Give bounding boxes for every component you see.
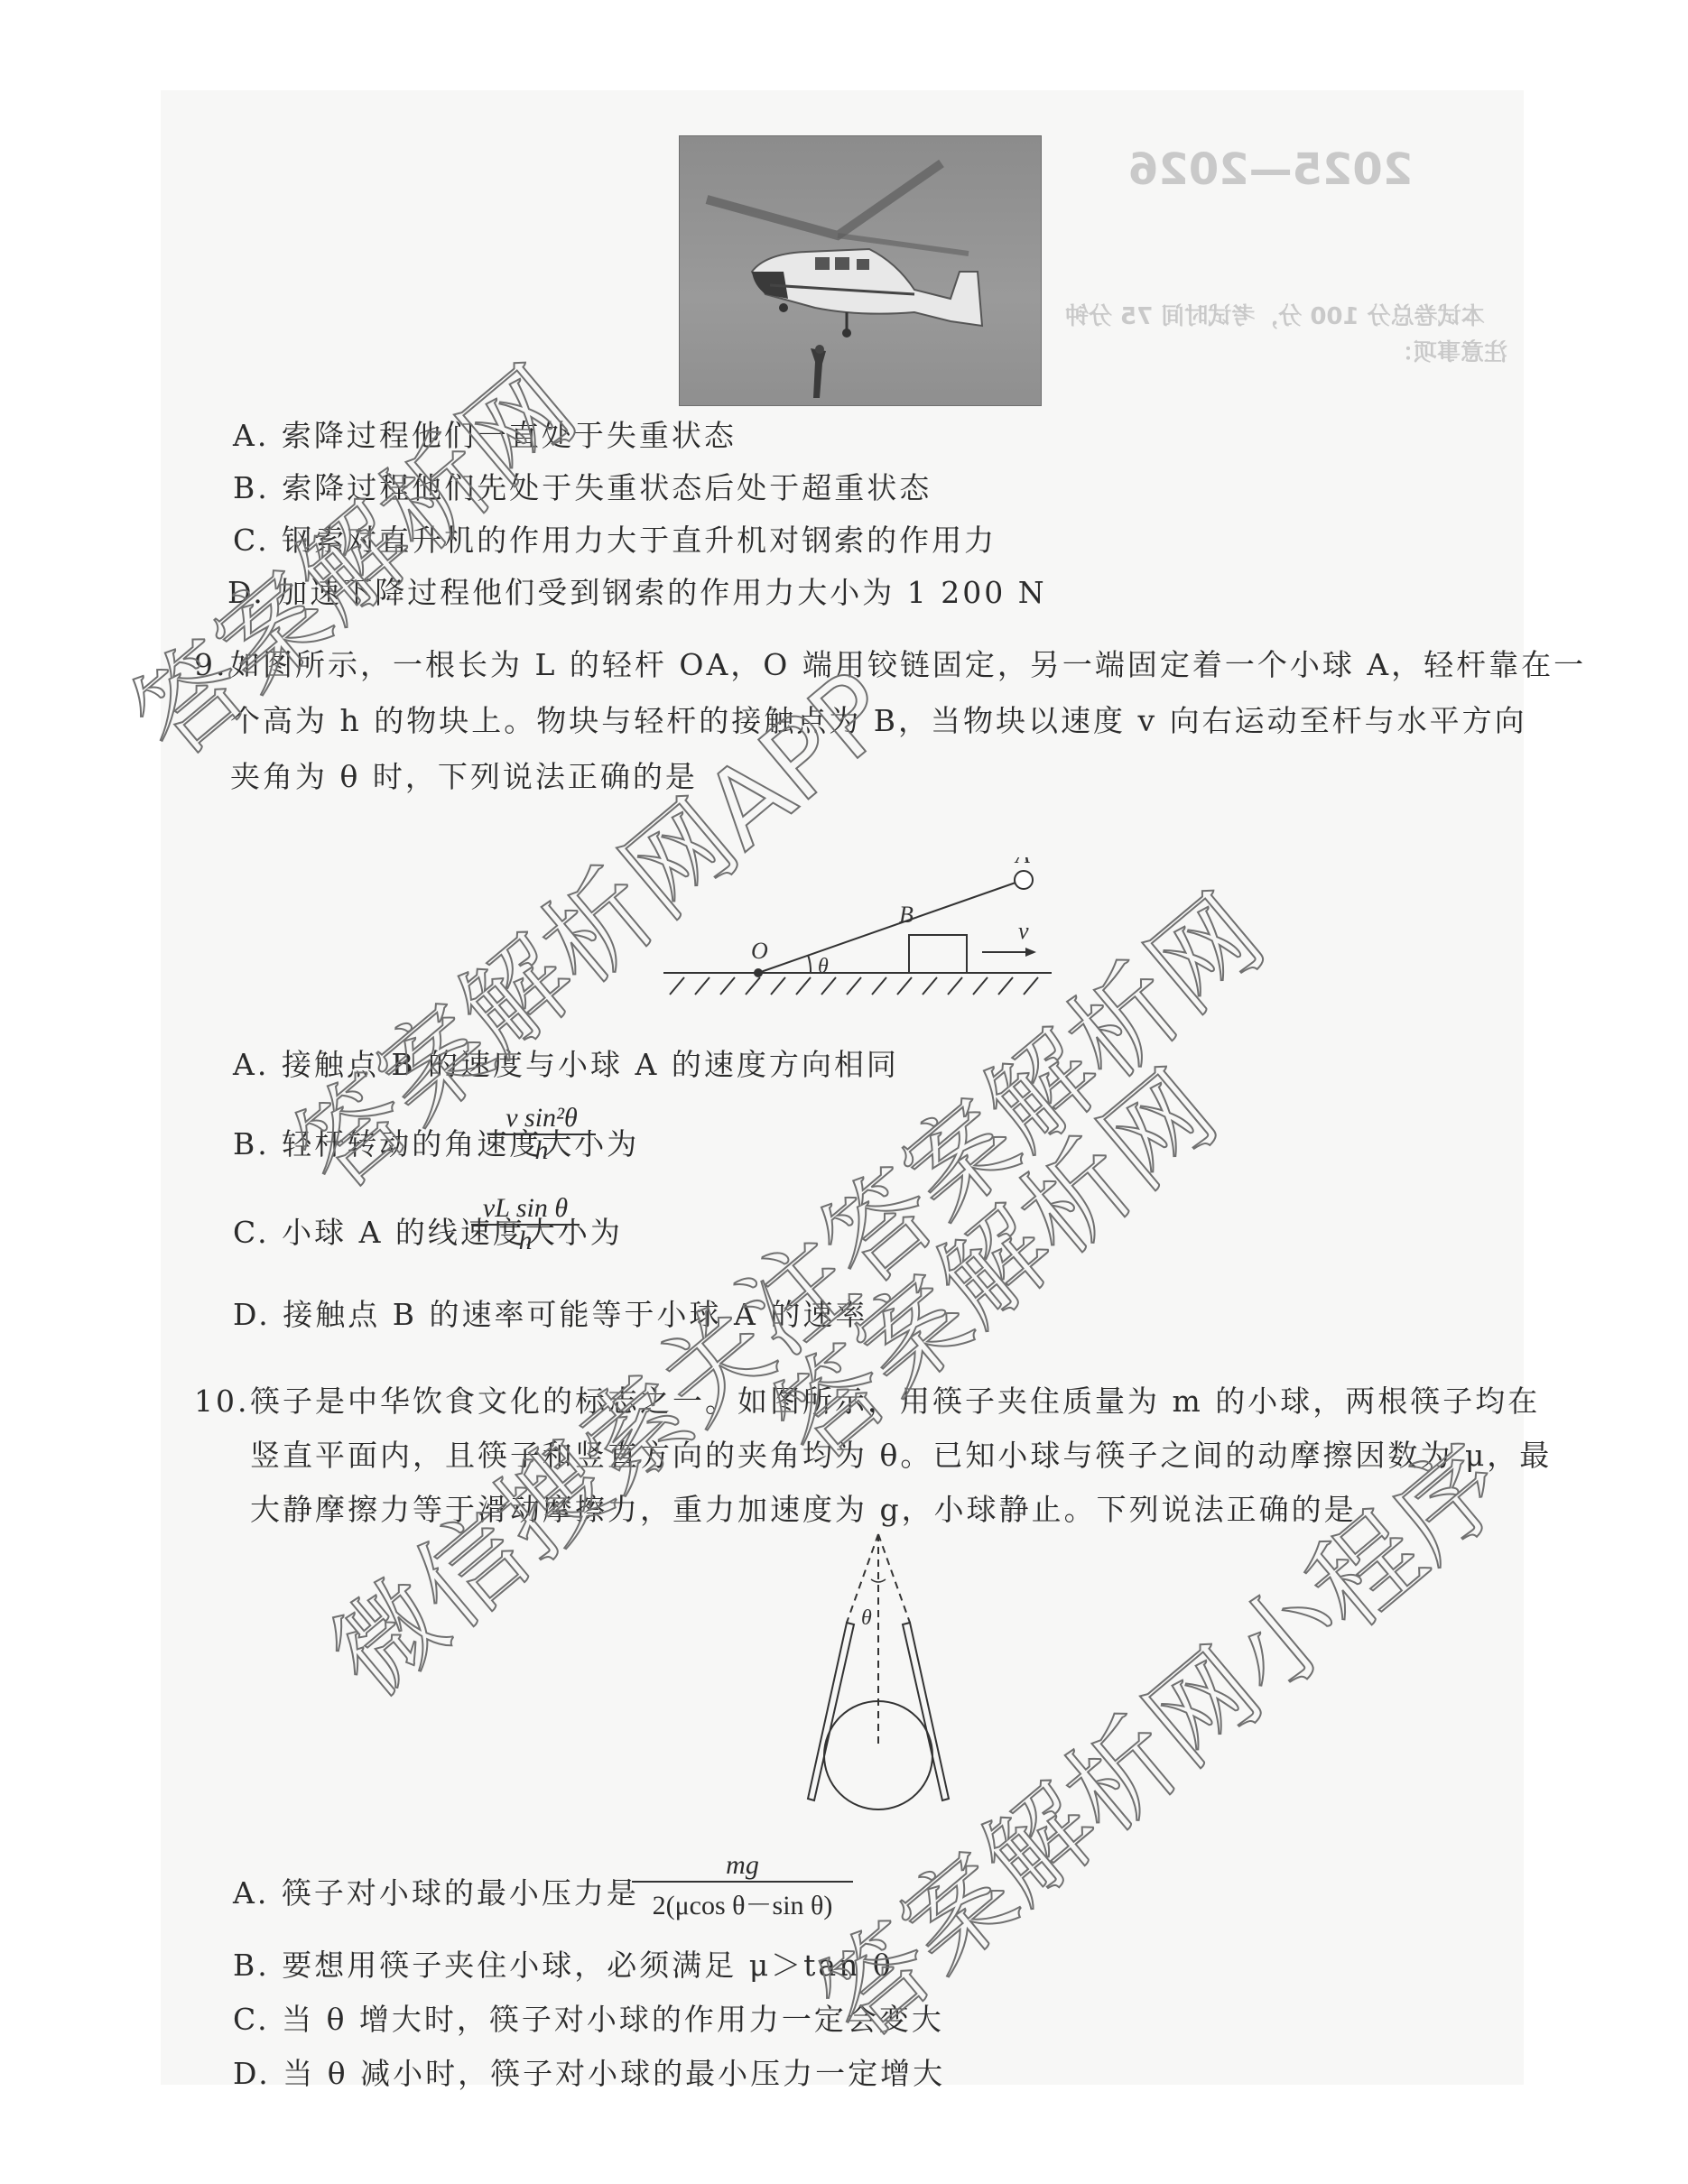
q10-stem-line-1: 筷子是中华饮食文化的标志之一。如图所示，用筷子夹住质量为 m 的小球，两根筷子均… [250, 1384, 1540, 1420]
q9-stem-line-3: 夹角为 θ 时，下列说法正确的是 [230, 759, 698, 795]
q8-option-a: A. 索降过程他们一直处于失重状态 [233, 418, 737, 454]
bleed-through-line1: 本试卷总分 100 分，考试时间 75 分钟 [1065, 298, 1485, 331]
rod-block-diagram: O θ B A v [650, 857, 1065, 1020]
q10-stem-line-3: 大静摩擦力等于滑动摩擦力，重力加速度为 g，小球静止。下列说法正确的是 [250, 1492, 1357, 1528]
q10-option-d: D. 当 θ 减小时，筷子对小球的最小压力一定增大 [233, 2056, 945, 2092]
q10-option-a: A. 筷子对小球的最小压力是 [233, 1875, 639, 1911]
q10-stem-line-2: 竖直平面内，且筷子和竖直方向的夹角均为 θ。已知小球与筷子之间的动摩擦因数为 μ… [250, 1438, 1552, 1474]
svg-text:B: B [899, 902, 914, 928]
svg-text:O: O [751, 938, 768, 964]
svg-text:v: v [1018, 918, 1029, 944]
q8-option-b: B. 索降过程他们先处于失重状态后处于超重状态 [233, 470, 932, 506]
q9-stem-line-1: 如图所示，一根长为 L 的轻杆 OA，O 端用铰链固定，另一端固定着一个小球 A… [230, 647, 1586, 683]
svg-text:θ: θ [861, 1606, 872, 1630]
svg-text:A: A [1014, 857, 1030, 868]
q9-option-c-fraction: vL sin θ h [471, 1193, 580, 1256]
q8-option-c: C. 钢索对直升机的作用力大于直升机对钢索的作用力 [233, 523, 997, 559]
q8-option-d: D. 加速下降过程他们受到钢索的作用力大小为 1 200 N [227, 575, 1047, 611]
q10-option-b: B. 要想用筷子夹住小球，必须满足 μ＞tan θ [233, 1948, 894, 1984]
hinge-o [754, 968, 763, 977]
svg-text:θ: θ [818, 955, 829, 978]
q10-number: 10. [194, 1384, 249, 1420]
block [909, 935, 967, 973]
bleed-through-title: 2025—2026 [1128, 144, 1413, 195]
chopsticks-ball-diagram: θ [785, 1525, 984, 1823]
bleed-through-line2: 注意事项： [1390, 334, 1507, 367]
helicopter-rescue-photo [679, 135, 1042, 406]
q10-option-c: C. 当 θ 增大时，筷子对小球的作用力一定会变大 [233, 2002, 944, 2038]
helicopter-icon [680, 136, 1041, 405]
q9-option-a: A. 接触点 B 的速度与小球 A 的速度方向相同 [233, 1047, 899, 1083]
q9-option-b-fraction: v sin²θ h [487, 1103, 596, 1166]
q9-stem-line-2: 个高为 h 的物块上。物块与轻杆的接触点为 B，当物块以速度 v 向右运动至杆与… [230, 703, 1527, 739]
q10-option-a-fraction: mg 2(μcos θ－sin θ) [632, 1850, 853, 1922]
q9-option-d: D. 接触点 B 的速率可能等于小球 A 的速率 [233, 1297, 867, 1333]
ball-a [1015, 871, 1033, 889]
q9-number: 9. [194, 647, 228, 683]
